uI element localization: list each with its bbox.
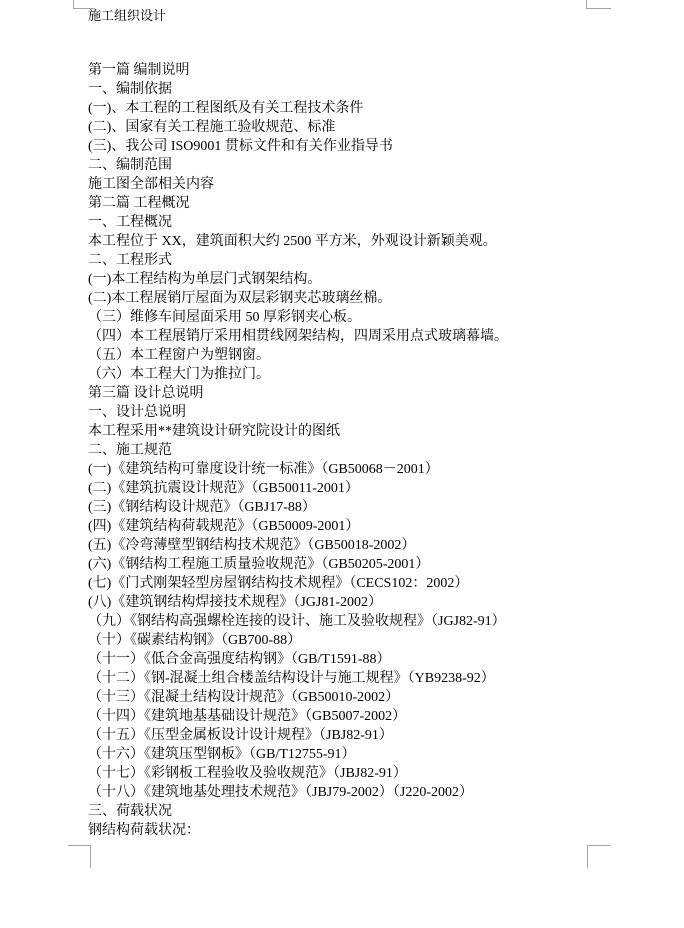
crop-mark-bottom-right bbox=[587, 845, 610, 868]
document-line: 三、荷载状况 bbox=[88, 802, 628, 821]
document-line: （十二）《钢-混凝土组合楼盖结构设计与施工规程》（YB9238-92） bbox=[88, 669, 628, 688]
document-line: (三)、我公司 ISO9001 贯标文件和有关作业指导书 bbox=[88, 137, 628, 156]
document-line: （十八）《建筑地基处理技术规范》（JBJ79-2002）（J220-2002） bbox=[88, 783, 628, 802]
document-line: 一、设计总说明 bbox=[88, 403, 628, 422]
document-line: 第二篇 工程概况 bbox=[88, 194, 628, 213]
document-line: 第三篇 设计总说明 bbox=[88, 384, 628, 403]
document-line: (七)《门式刚架轻型房屋钢结构技术规程》（CECS102：2002） bbox=[88, 574, 628, 593]
document-line: 本工程采用**建筑设计研究院设计的图纸 bbox=[88, 422, 628, 441]
document-line: (五)《冷弯薄壁型钢结构技术规范》（GB50018-2002） bbox=[88, 536, 628, 555]
document-line: （十五）《压型金属板设计设计规程》（JBJ82-91） bbox=[88, 726, 628, 745]
document-line: 二、编制范围 bbox=[88, 156, 628, 175]
document-line: （十四）《建筑地基基础设计规范》（GB5007-2002） bbox=[88, 707, 628, 726]
document-page: 施工组织设计 第一篇 编制说明 一、编制依据 (一)、本工程的工程图纸及有关工程… bbox=[0, 0, 684, 928]
document-line: 一、编制依据 bbox=[88, 80, 628, 99]
document-line: (一)、本工程的工程图纸及有关工程技术条件 bbox=[88, 99, 628, 118]
document-line: （九）《钢结构高强螺栓连接的设计、施工及验收规程》（JGJ82-91） bbox=[88, 612, 628, 631]
crop-mark-top-right bbox=[586, 0, 611, 9]
document-line: 本工程位于 XX，建筑面积大约 2500 平方米，外观设计新颖美观。 bbox=[88, 232, 628, 251]
document-line: (六)《钢结构工程施工质量验收规范》（GB50205-2001） bbox=[88, 555, 628, 574]
document-line: (二)本工程展销厅屋面为双层彩钢夹芯玻璃丝棉。 bbox=[88, 289, 628, 308]
page-header-title: 施工组织设计 bbox=[88, 8, 166, 24]
crop-mark-bottom-left bbox=[68, 845, 91, 868]
document-line: （十六）《建筑压型钢板》（GB/T12755-91） bbox=[88, 745, 628, 764]
document-line: 第一篇 编制说明 bbox=[88, 61, 628, 80]
document-line: 二、施工规范 bbox=[88, 441, 628, 460]
document-line: （六）本工程大门为推拉门。 bbox=[88, 365, 628, 384]
document-line: (二)、国家有关工程施工验收规范、标准 bbox=[88, 118, 628, 137]
document-line: (一)本工程结构为单层门式钢架结构。 bbox=[88, 270, 628, 289]
document-line: 施工图全部相关内容 bbox=[88, 175, 628, 194]
document-line: (二)《建筑抗震设计规范》（GB50011-2001） bbox=[88, 479, 628, 498]
document-line: （五）本工程窗户为塑钢窗。 bbox=[88, 346, 628, 365]
document-line: （十一）《低合金高强度结构钢》（GB/T1591-88） bbox=[88, 650, 628, 669]
document-line: 钢结构荷载状况： bbox=[88, 821, 628, 840]
document-line: (四)《建筑结构荷载规范》（GB50009-2001） bbox=[88, 517, 628, 536]
document-line: （三）维修车间屋面采用 50 厚彩钢夹心板。 bbox=[88, 308, 628, 327]
document-line: 二、工程形式 bbox=[88, 251, 628, 270]
document-line: （十七）《彩钢板工程验收及验收规范》（JBJ82-91） bbox=[88, 764, 628, 783]
document-line: （十）《碳素结构钢》（GB700-88） bbox=[88, 631, 628, 650]
document-line: (八)《建筑钢结构焊接技术规程》（JGJ81-2002） bbox=[88, 593, 628, 612]
document-line: （四）本工程展销厅采用相贯线网架结构，四周采用点式玻璃幕墙。 bbox=[88, 327, 628, 346]
document-line: (三)《钢结构设计规范》（GBJ17-88） bbox=[88, 498, 628, 517]
document-line: 一、工程概况 bbox=[88, 213, 628, 232]
document-line: （十三）《混凝土结构设计规范》（GB50010-2002） bbox=[88, 688, 628, 707]
document-body: 第一篇 编制说明 一、编制依据 (一)、本工程的工程图纸及有关工程技术条件 (二… bbox=[88, 61, 628, 840]
document-line: (一)《建筑结构可靠度设计统一标准》（GB50068－2001） bbox=[88, 460, 628, 479]
